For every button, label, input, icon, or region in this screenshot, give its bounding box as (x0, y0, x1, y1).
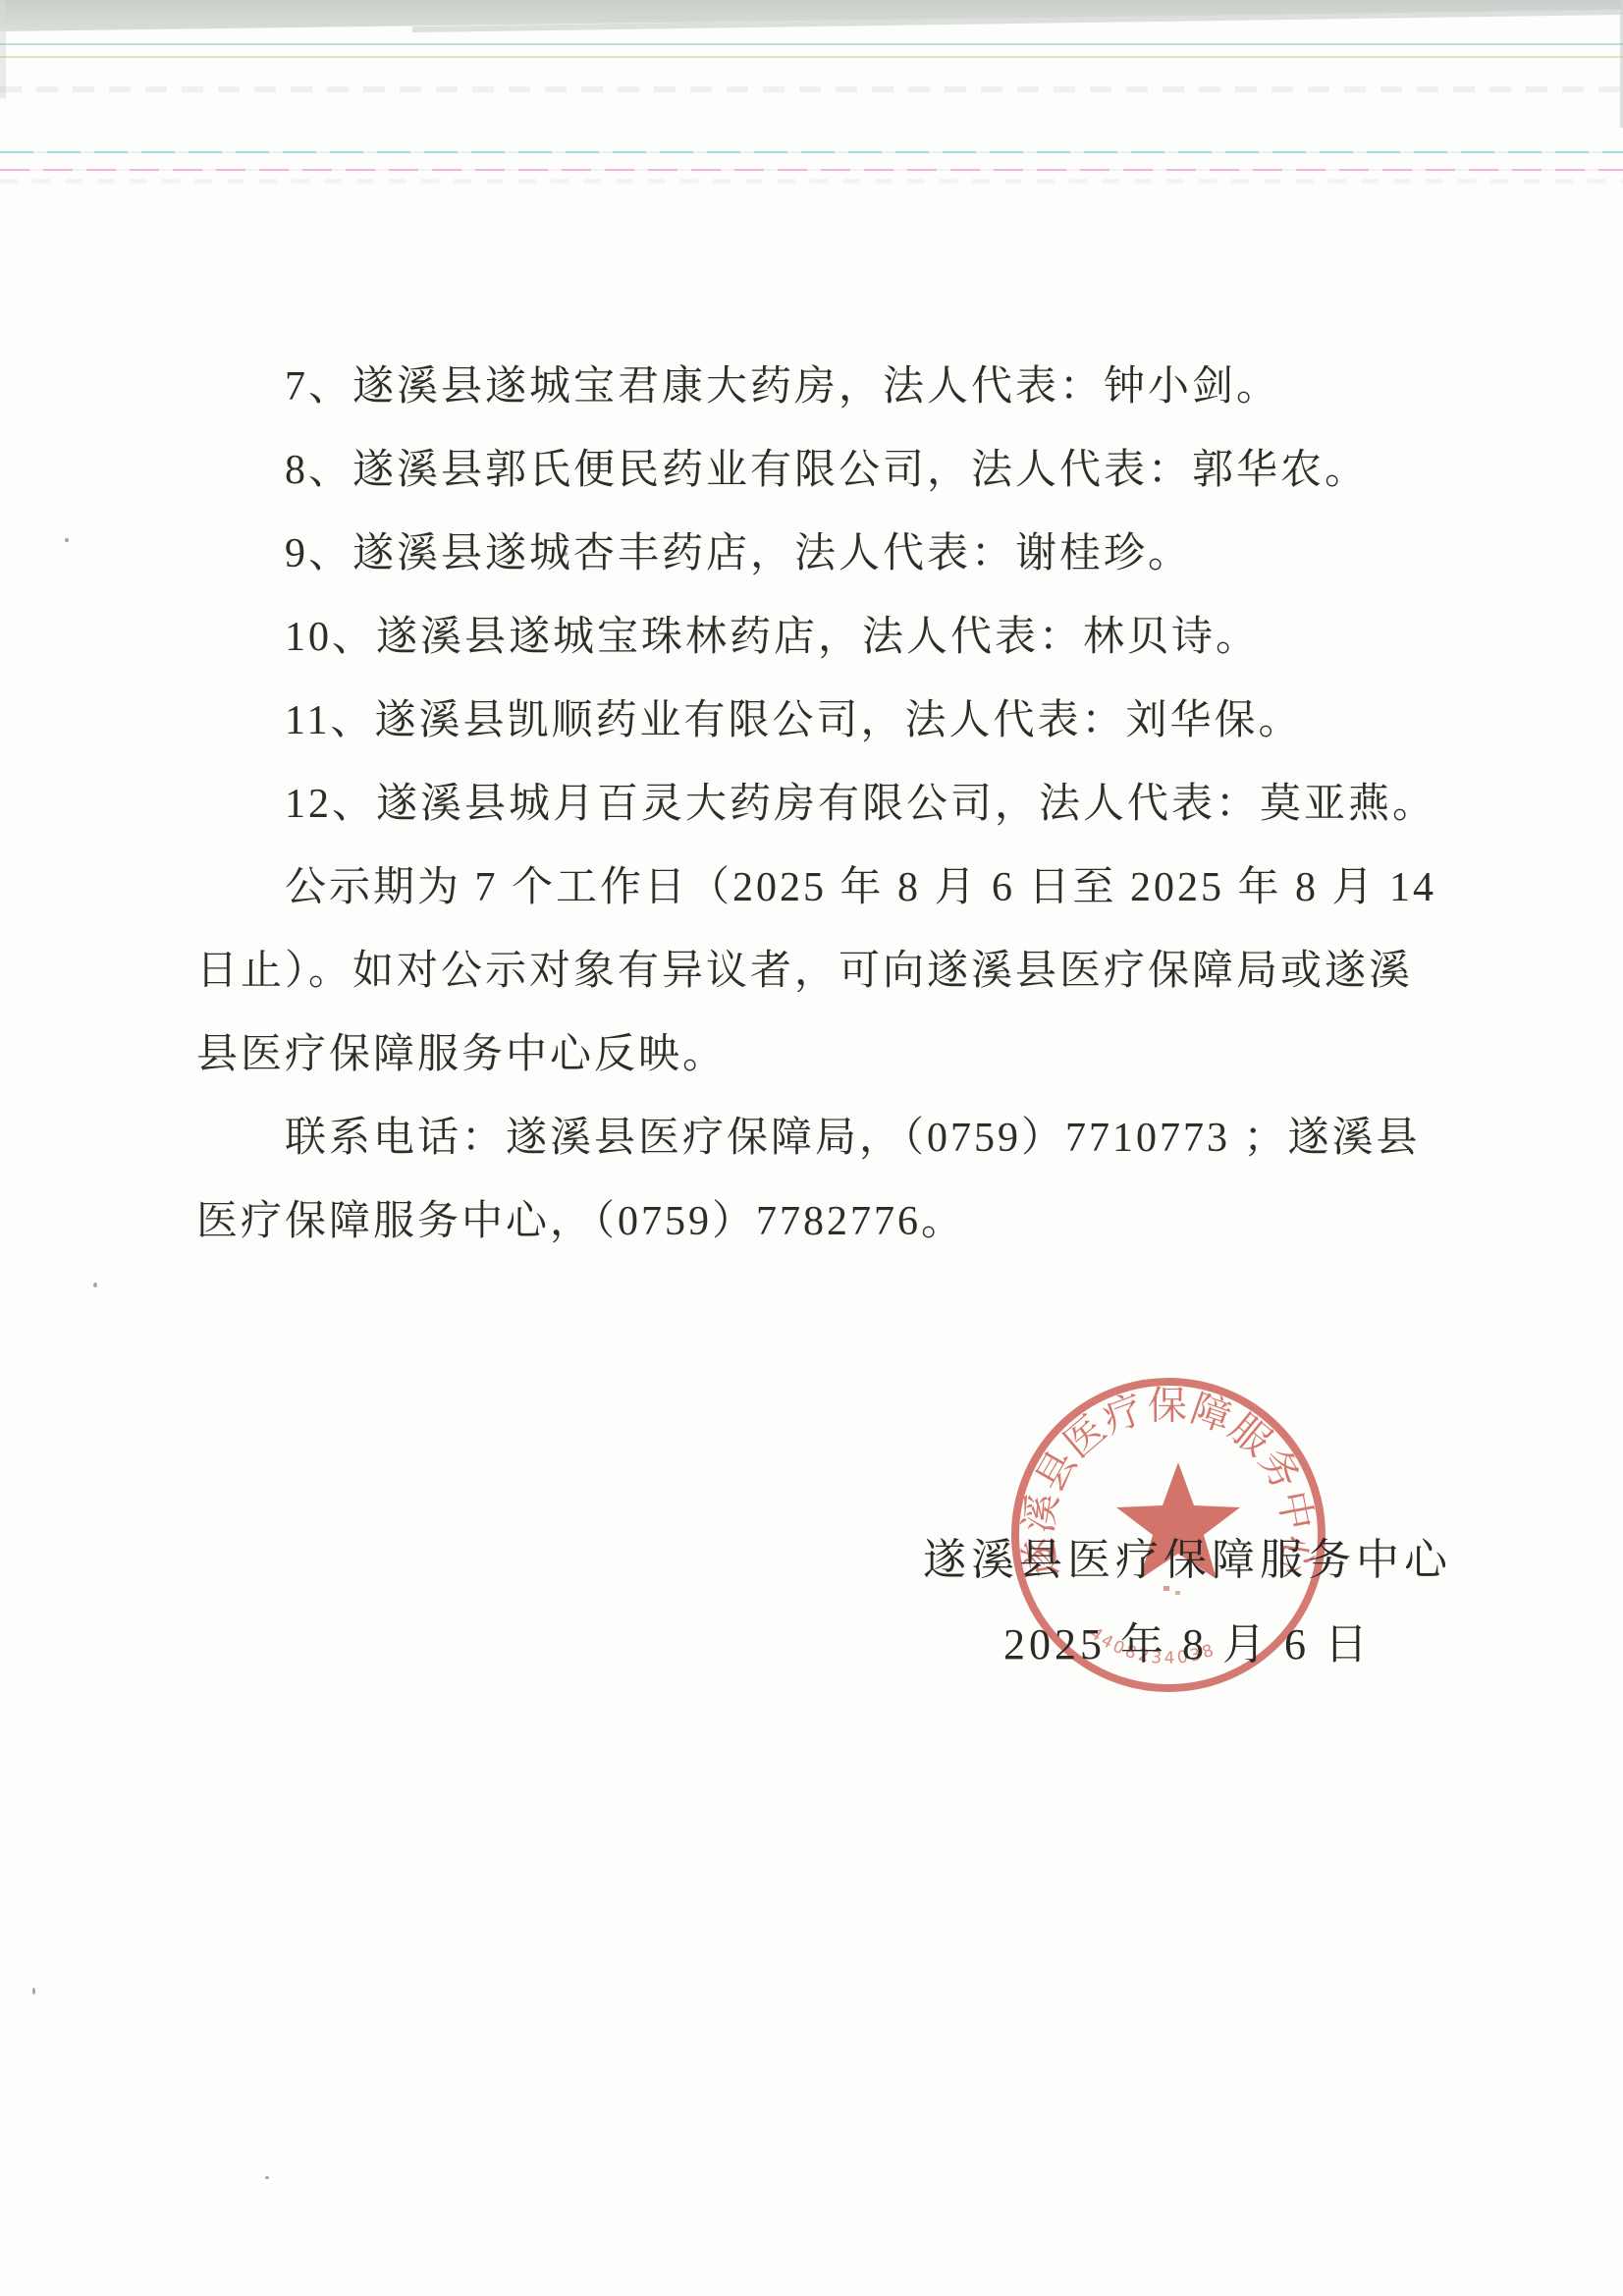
contact-phone-line-2: 医疗保障服务中心，（0759）7782776。 (196, 1180, 1551, 1264)
publicity-period-line-2: 日止）。如对公示对象有异议者，可向遂溪县医疗保障局或遂溪 (196, 930, 1551, 1013)
publicity-period-line-1: 公示期为 7 个工作日（2025 年 8 月 6 日至 2025 年 8 月 1… (196, 847, 1551, 930)
notice-body: 7、遂溪县遂城宝君康大药房，法人代表：钟小剑。 8、遂溪县郭氏便民药业有限公司，… (196, 346, 1551, 1264)
signature-organization: 遂溪县医疗保障服务中心 (923, 1524, 1452, 1587)
scan-artifact-noise-row (0, 86, 1623, 92)
scan-artifact-line-yellow (0, 56, 1623, 58)
list-item-12: 12、遂溪县城月百灵大药房有限公司，法人代表：莫亚燕。 (196, 763, 1551, 847)
scan-speck (265, 2176, 269, 2179)
scan-artifact-line-pink (0, 169, 1623, 171)
scan-left-edge (0, 0, 6, 98)
list-item-11: 11、遂溪县凯顺药业有限公司，法人代表：刘华保。 (196, 680, 1551, 763)
list-item-8: 8、遂溪县郭氏便民药业有限公司，法人代表：郭华农。 (196, 429, 1551, 513)
scan-speck (93, 1283, 97, 1287)
scan-speck (65, 538, 69, 542)
scanned-notice-page: 7、遂溪县遂城宝君康大药房，法人代表：钟小剑。 8、遂溪县郭氏便民药业有限公司，… (0, 0, 1623, 2296)
list-item-7: 7、遂溪县遂城宝君康大药房，法人代表：钟小剑。 (196, 346, 1551, 429)
signature-date: 2025 年 8 月 6 日 (1003, 1609, 1372, 1671)
contact-phone-line-1: 联系电话：遂溪县医疗保障局，（0759）7710773 ；遂溪县 (196, 1097, 1551, 1180)
list-item-9: 9、遂溪县遂城杏丰药店，法人代表：谢桂珍。 (196, 513, 1551, 596)
publicity-period-line-3: 县医疗保障服务中心反映。 (196, 1013, 1551, 1097)
scan-artifact-noise-row (0, 179, 1623, 184)
scan-artifact-line-cyan (0, 151, 1623, 153)
scan-artifact-line-teal (0, 43, 1623, 45)
scan-speck (32, 1988, 35, 1995)
list-item-10: 10、遂溪县遂城宝珠林药店，法人代表：林贝诗。 (196, 596, 1551, 680)
seal-wear-mark (1175, 1591, 1180, 1595)
